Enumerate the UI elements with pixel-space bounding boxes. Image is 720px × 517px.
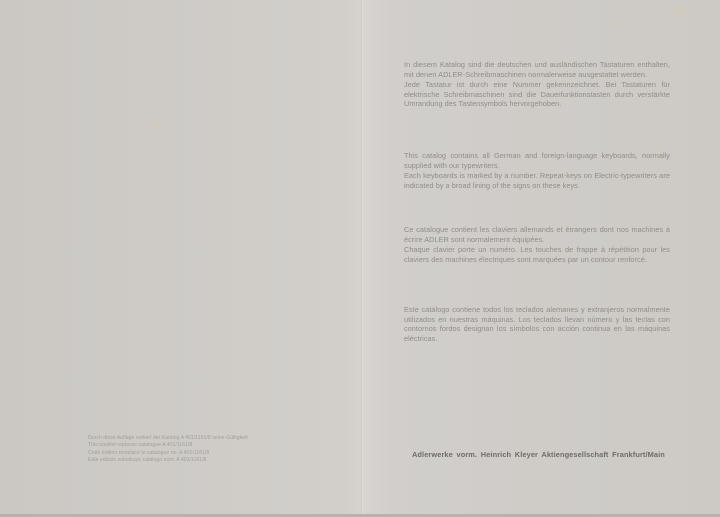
- intro-english-p1: This catalog contains all German and for…: [404, 151, 670, 170]
- catalog-spread: Durch diese Auflage verliert der Katalog…: [0, 0, 720, 517]
- replacement-notice: Durch diese Auflage verliert der Katalog…: [88, 435, 298, 465]
- intro-german: In diesem Katalog sind die deutschen und…: [404, 60, 670, 110]
- intro-german-p1: In diesem Katalog sind die deutschen und…: [404, 60, 670, 79]
- intro-spanish: Este catálogo contiene todos los teclado…: [404, 305, 670, 344]
- intro-english: This catalog contains all German and for…: [404, 151, 670, 191]
- intro-english-p2: Each keyboards is marked by a number. Re…: [404, 171, 670, 190]
- intro-french: Ce catalogue contient les claviers allem…: [404, 225, 670, 265]
- paper-stain: [614, 20, 622, 27]
- paper-stain: [220, 300, 228, 306]
- paper-stain: [150, 120, 160, 128]
- intro-spanish-p1: Este catálogo contiene todos los teclado…: [404, 305, 670, 343]
- intro-german-p2: Jede Tastatur ist durch eine Nummer geke…: [404, 80, 670, 109]
- replacement-notice-es: Este edición substituye catálogo núm. A …: [88, 457, 298, 464]
- intro-french-p1: Ce catalogue contient les claviers allem…: [404, 225, 670, 244]
- left-page: Durch diese Auflage verliert der Katalog…: [0, 0, 362, 517]
- replacement-notice-de: Durch diese Auflage verliert der Katalog…: [88, 435, 298, 442]
- replacement-notice-en: This booklet replaces catalogue A 401/11…: [88, 442, 298, 449]
- paper-stain: [674, 5, 688, 17]
- intro-french-p2: Chaque clavier porte un numéro. Les touc…: [404, 245, 670, 264]
- publisher-line: Adlerwerke vorm. Heinrich Kleyer Aktieng…: [412, 450, 665, 459]
- replacement-notice-fr: Cette édition remplace le catalogue no. …: [88, 450, 298, 457]
